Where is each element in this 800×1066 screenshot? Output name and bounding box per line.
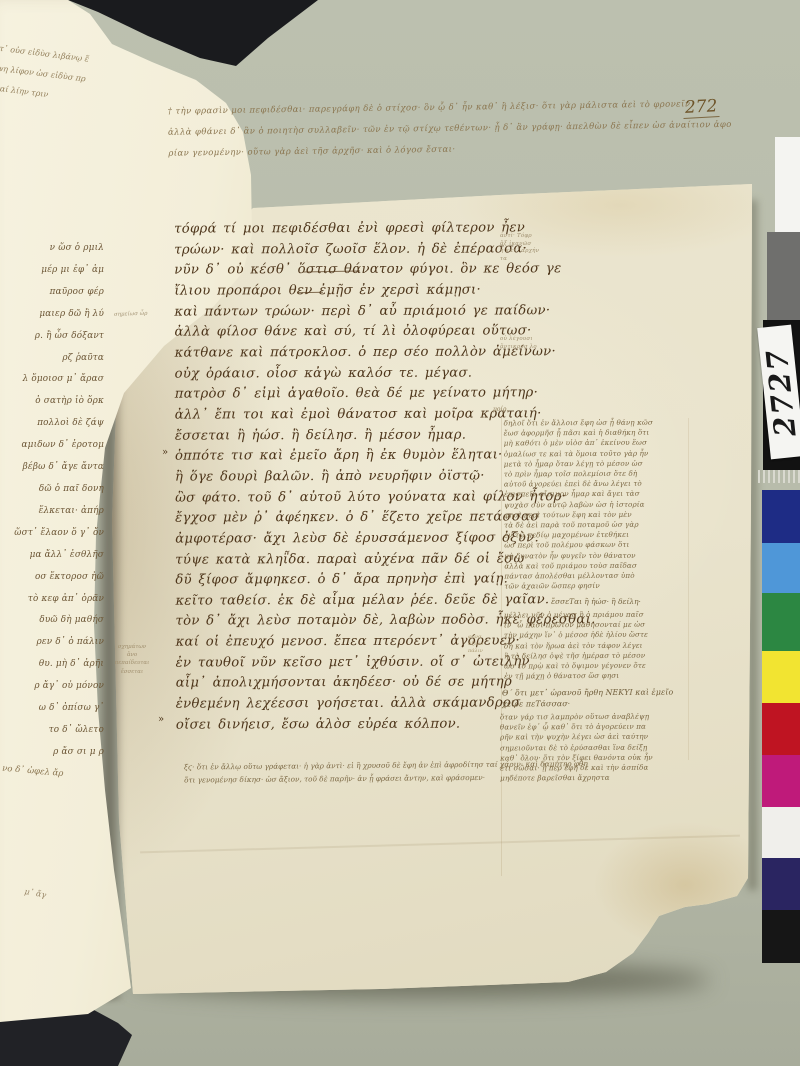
color-calibration-bar [762,490,800,963]
verse-line: τὸν δ᾽ ἄχι λεὺσ ποταμὸν δὲ, λαβὼν ποδὸσ.… [175,611,520,633]
facing-page-fragment: θυ. μὴ δ᾽ ἀρῆι [0,654,104,676]
label-perforated-edge [758,470,800,483]
facing-page-fragment: τὸ κεφ ἀπ᾽ ὀρᾶν [0,589,104,611]
facing-page-fragment: οσ ἕκτοροσ ἠῶ [0,567,104,589]
facing-page-fragment: μαιερ δῶ ἢ λύ [0,304,104,326]
scholion-line: χεῖρε πεΤάσσασ· [502,698,686,710]
left-margin-note-lower: σχημάτωνἄνοπεπαίδευταιἔσσεται [103,643,161,676]
verse-line: οὐχ ὁράαισ. οἷοσ κἀγὼ καλόσ τε. μέγασ. [175,363,520,385]
facing-page-fragment: δυῶ δὴ μαθήσ [0,610,104,632]
facing-page-fragment: αμιδων δ᾽ ἑροτομ [0,435,104,457]
margin-note-line: τα [500,256,558,264]
verse-line: ἔσσεται ἢ ἠώσ. ἢ δείλησ. ἢ μέσον ἦμαρ. [175,425,520,447]
facing-page-fragment: το δ᾽ ὤλετο [0,720,104,742]
verse-line: κάτθανε καὶ πάτροκλοσ. ὁ περ σέο πολλὸν … [175,342,520,364]
right-margin-note-mid: οὐ λέγουσιἄντικρυσ λο [500,336,558,351]
folio-number: 272 [682,96,720,119]
facing-page-fragment: βέβω δ᾽ ἄγε ἄντα [0,457,104,479]
facing-page-fragment: ρ. ἢ ὦσ δόξαντ [0,326,104,348]
verse-line: ἀλλ᾽ ἔπι τοι καὶ ἐμοὶ θάνατοσ καὶ μοῖρα … [175,404,520,426]
margin-note-line: σχημάτων [103,643,161,651]
calibration-card-gray-card [767,232,800,322]
verse-line: πατρὸσ δ᾽ εἰμὶ ἀγαθοῖο. θεὰ δέ με γείνατ… [175,384,520,406]
facing-page-fragment: ρ ἄσ σι μ ρ [0,742,104,764]
facing-page-fragment: ρεν δ᾽ ὁ πάλιν [0,632,104,654]
calibration-cards [767,137,800,322]
verse-line: καὶ πάντων τρώων· περὶ δ᾽ αὖ πριάμοιό γε… [174,301,519,323]
verse-line: ἐνθεμένη λεχέεσσι γοήσεται. ἀλλὰ σκάμανδ… [176,693,521,715]
right-scholia-block-1: δηλοῖ ὅτι ἐν ἄλλοισ ἔφη ὡσ ᾗ θάνῃ κῶσἕωσ… [504,418,689,592]
verse-line: ἀμφοτέρασ· ἄχι λεὺσ δὲ ἐρυσσάμενοσ ξίφοσ… [175,528,520,550]
verse-line: ὁππότε τισ καὶ ἐμεῖο ἄρη ἢ ἐκ θυμὸν ἕλητ… [175,446,520,468]
margin-note-line: φ ἵνα [468,634,502,641]
verse-line: ἐν ταυθοῖ νῦν κεῖσο μετ᾽ ἰχθύσιν. οἵ σ᾽ … [176,652,521,674]
facing-page-fragment: ὁ σατὴρ ἰὸ ὅρκ [0,391,104,413]
verse-line: τόφρά τί μοι πεφιδέσθαι ἐνὶ φρεσὶ φίλτερ… [174,218,519,240]
facing-page-fragment: δῶ ὁ παῖ δονη [0,479,104,501]
margin-note-line: ἡ κατ᾽ ἀρχήν [500,248,558,256]
verse-line: ἔγχοσ μὲν ῥ᾽ ἀφέηκεν. ὁ δ᾽ ἕζετο χεῖρε π… [175,508,520,530]
verse-line: τρώων· καὶ πολλοῖσ ζωοῖσ ἕλον. ἠ δὲ ἐπέρ… [174,239,519,261]
verse-line: δῦ ξίφοσ ἄμφηκεσ. ὁ δ᾽ ἄρα πρηνὴσ ἐπὶ γα… [175,570,520,592]
facing-page-fragment: ω δ᾽ ὀπίσω γ᾽ [0,698,104,720]
scholion-line: τῶν ἀχαιῶν ὥσπερ φησίν [504,581,688,592]
main-text-block: τόφρά τί μοι πεφιδέσθαι ἐνὶ φρεσὶ φίλτερ… [174,218,521,736]
margin-note-line: οὐ λέγουσι [500,336,558,344]
facing-page-line-endings: ν ὥσ ὁ ρμιλμέρ μι ἐφ᾽ ἁμπαῦροσ φέρμαιερ … [0,238,104,764]
scholion-line: Θ´ ὅτι μετ᾽ ὠρανοῦ ἤρθη ΝΕΚΥΙ καὶ ἐμεῖο [502,687,686,699]
facing-page-fragment: ἕλκεται· ἀπήρ [0,501,104,523]
manuscript-photo: τ᾽ οὐσ εἰδὺσ λιβάνῳ ἕψη λίφον ὡσ εἰδὺσ π… [0,0,800,1066]
right-margin-note-upper: ἀντὶ· Τόφρἂξ ἱκανῶσἡ κατ᾽ ἀρχήντα [500,233,558,263]
margin-note-line: ἔσσεται [103,668,161,676]
right-scholia-note: Θ´ ὅτι μετ᾽ ὠρανοῦ ἤρθη ΝΕΚΥΙ καὶ ἐμεῖοχ… [502,687,686,710]
color-patch-red [762,703,800,755]
facing-page-fragment: ὥστ᾽ ἔλαον ὅ γ᾽ ὄν [0,523,104,545]
color-patch-green [762,593,800,651]
margin-note-line: ἄντικρυσ λο [500,344,558,352]
quote-mark: » [158,714,164,725]
color-patch-white [762,807,800,858]
margin-note-line: πεπαίδευται [103,659,161,667]
color-patch-magenta [762,755,800,807]
verse-line: ἴλιου προπάροι θεν ἐμῇσ ἐν χερσὶ κάμῃσι· [174,280,519,302]
margin-note-line: ἀντὶ· Τόφρ [500,233,558,241]
facing-page-fragment: ν ὥσ ὁ ρμιλ [0,238,104,260]
color-patch-light-blue [762,543,800,593]
facing-page-fragment: λ ὅμοιοσ μ᾽ ἄρασ [0,369,104,391]
margin-note-line: ἄνο [103,651,161,659]
scholia-lemma: ἔσσεΤαι ἢ ἠώσ· ἢ δείλη· [504,597,688,606]
right-inline-note: φ ἵναἀξίωσπάλιν [468,634,502,655]
facing-page-fragment: ρ ἄγ᾽ οὐ μόνον [0,676,104,698]
verse-line: κεῖτο ταθείσ. ἐκ δὲ αἷμα μέλαν ῥέε. δεῦε… [175,590,520,612]
scholia-sigla: μοίρ. [493,406,508,413]
calibration-card-white-card [775,137,800,232]
verse-line: ἢ ὅγε δουρὶ βαλῶν. ἢ ἀπὸ νευρῆφιν ὀϊστῷ· [175,466,520,488]
color-patch-dark-blue [762,490,800,543]
verse-line: οἴσει δινήεισ, ἔσω ἁλὸσ εὐρέα κόλπον. [176,714,521,736]
right-scholia-block-2: μέλλει νῦν ὁ μέγασ ἢ ὁ πριάμου παῖσἵν᾽ ὦ… [504,610,688,682]
verse-line: τύψε κατὰ κληῗδα. παραὶ αὐχένα πᾶν δέ οἱ… [175,549,520,571]
facing-page-fragment: μα ἄλλ᾽ ἐσθλῆσ [0,545,104,567]
scholion-line: ἐν τῇ μάχῃ ὁ θάνατοσ ὥσ φησι [504,671,688,682]
margin-note-line: πάλιν [468,648,502,655]
verse-line: ἀλλὰ φίλοσ θάνε καὶ σύ, τί λὶ ὀλοφύρεαι … [174,322,519,344]
facing-page-fragment: μέρ μι ἐφ᾽ ἁμ [0,260,104,282]
bottom-scholion: ξϛ· ὅτι ἐν ἄλλῳ οὕτω γράφεται· ἡ γὰρ ἀντ… [184,758,536,786]
facing-page-fragment: ρζ ῥαῦτα [0,348,104,370]
color-patch-black [762,910,800,963]
color-patch-dark-violet [762,858,800,910]
verse-line: αἷμ᾽ ἀπολιχμήσονται ἀκηδέεσ· οὐ δέ σε μή… [176,673,521,695]
facing-page-fragment: παῦροσ φέρ [0,282,104,304]
verse-line: ὣσ φάτο. τοῦ δ᾽ αὐτοῦ λύτο γούνατα καὶ φ… [175,487,520,509]
facing-page-fragment: πολλοὶ δὲ ζάψ [0,413,104,435]
margin-note-line: ἀξίωσ [468,641,502,648]
color-patch-yellow [762,651,800,703]
header-scholion: † τὴν φρασὶν μοι πεφιδέσθαι· παρεγράφη δ… [168,94,703,164]
quote-mark: » [162,447,168,458]
